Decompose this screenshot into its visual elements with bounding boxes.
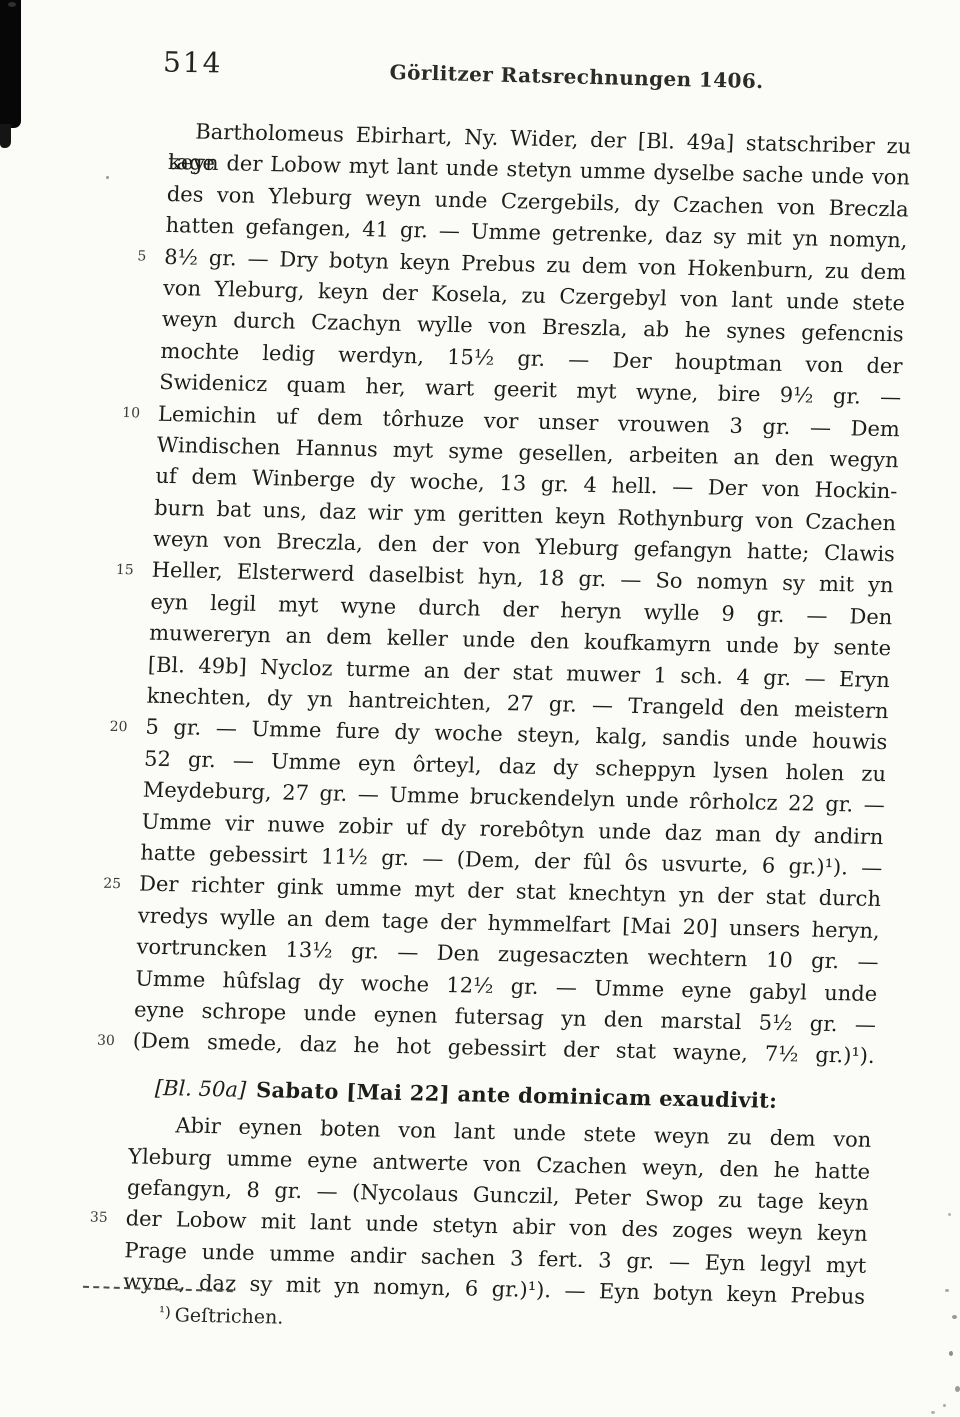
page-number: 514 xyxy=(163,45,223,79)
running-header: Görlitzer Ratsrechnungen 1406. xyxy=(389,60,763,93)
scan-edge-bar-artifact xyxy=(0,0,21,128)
paragraph-2: Abir eynen boten von lant unde stete wey… xyxy=(123,1110,872,1314)
main-text-block: 5101520253035 Bartholomeus Ebirhart, Ny.… xyxy=(123,116,912,1313)
scan-speck xyxy=(949,1351,953,1356)
margin-line-number: 35 xyxy=(79,1210,108,1225)
footnote-marker: ¹) xyxy=(159,1303,172,1321)
scan-edge-bar-tail-artifact xyxy=(0,124,11,148)
scanned-book-page: 514 Görlitzer Ratsrechnungen 1406. 51015… xyxy=(0,0,960,1417)
scan-speck xyxy=(106,176,109,179)
margin-line-number: 30 xyxy=(87,1033,116,1048)
paragraph-1: Bartholomeus Ebirhart, Ny. Wider, der [B… xyxy=(132,116,912,1073)
margin-line-number: 5 xyxy=(118,249,147,264)
scan-speck xyxy=(952,1315,957,1319)
scan-speck xyxy=(948,1213,951,1216)
folio-reference: [Bl. 50a] xyxy=(155,1076,247,1102)
footnote-text: Geſtrichen. xyxy=(174,1304,284,1328)
scan-speck xyxy=(8,2,16,7)
margin-line-number: 25 xyxy=(93,876,122,891)
footnote: ¹)Geſtrichen. xyxy=(158,1297,284,1334)
scan-speck xyxy=(931,1411,935,1414)
margin-line-number: 20 xyxy=(99,719,128,734)
margin-line-number: 10 xyxy=(112,405,141,420)
scan-speck xyxy=(943,1404,946,1407)
margin-line-number: 15 xyxy=(105,562,134,577)
scan-speck xyxy=(955,1386,960,1392)
scan-speck xyxy=(945,1289,949,1292)
entry-heading-text: Sabato [Mai 22] ante dominicam exaudivit… xyxy=(256,1077,778,1113)
